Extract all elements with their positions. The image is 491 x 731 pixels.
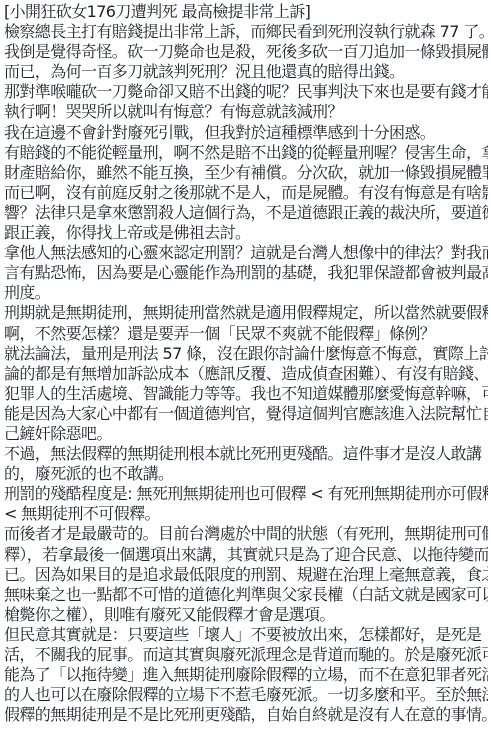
post-line: 那對準喉嚨砍一刀斃命卻又賠不出錢的呢？民事判決下來也是要有錢才能 (4, 82, 488, 102)
post-line: 檢察總長主打有賠錢提出非常上訴，而鄉民看到死刑沒執行就森 77 了。 (4, 22, 488, 42)
post-line: 活，不關我的屁事。而這其實與廢死派理念是背道而馳的。於是廢死派可 (4, 645, 488, 665)
post-line: < 無期徒刑不可假釋。 (4, 504, 488, 524)
post-line: 而後者才是最嚴苛的。目前台灣處於中間的狀態（有死刑，無期徒刑可假 (4, 524, 488, 544)
post-line: 刑度。 (4, 283, 488, 303)
post-line: 無味棄之也一點都不可惜的道德化判準與父家長權（白話文就是國家可以 (4, 585, 488, 605)
post-line: 論的都是有無增加訴訟成本（應訊反覆、造成偵查困難）、有沒有賠錢、 (4, 364, 488, 384)
post-line: 的，廢死派的也不敢講。 (4, 464, 488, 484)
post-line: 刑罰的殘酷程度是: 無死刑無期徒刑也可假釋 < 有死刑無期徒刑亦可假釋 (4, 484, 488, 504)
post-line: 我在這邊不會針對廢死引戰，但我對於這種標準感到十分困惑。 (4, 123, 488, 143)
post-line: 能是因為大家心中都有一個道德判官，覺得這個判官應該進入法院幫忙自 (4, 404, 488, 424)
post-line: 跟正義，你得找上帝或是佛祖去討。 (4, 223, 488, 243)
post-line: 犯罪人的生活處境、智識能力等等。我也不知道媒體那麼愛悔意幹嘛，可 (4, 384, 488, 404)
post-line: 假釋的無期徒刑是不是比死刑更殘酷，自始自終就是沒有人在意的事情。 (4, 705, 488, 725)
post-line: 執行啊！哭哭所以就叫有悔意？有悔意就該減刑？ (4, 102, 488, 122)
post-line: 而已，為何一百多刀就該判死刑？況且他還真的賠得出錢。 (4, 62, 488, 82)
post-line: 釋），若拿最後一個選項出來講，其實就只是為了迎合民意、以拖待變而 (4, 545, 488, 565)
post-line: 有賠錢的不能從輕量刑，啊不然是賠不出錢的從輕量刑喔？侵害生命，拿 (4, 143, 488, 163)
post-line: 己鏟奸除惡吧。 (4, 424, 488, 444)
post-title: [小開狂砍女176刀遭判死 最高檢提非常上訴] (4, 2, 488, 22)
post-line: 我倒是覺得奇怪。砍一刀斃命也是殺，死後多砍一百刀追加一條毀損屍體 (4, 42, 488, 62)
post-body: [小開狂砍女176刀遭判死 最高檢提非常上訴] 檢察總長主打有賠錢提出非常上訴，… (0, 0, 491, 725)
post-line: 而已啊，沒有前庭反射之後那就不是人，而是屍體。有沒有悔意是有啥影 (4, 183, 488, 203)
post-line: 拿他人無法感知的心靈來認定刑罰？這就是台灣人想像中的律法？對我而 (4, 243, 488, 263)
post-line: 的人也可以在廢除假釋的立場下不惹毛廢死派。一切多麼和平。至於無法 (4, 685, 488, 705)
post-line: 不過，無法假釋的無期徒刑根本就比死刑更殘酷。這件事才是沒人敢講 (4, 444, 488, 464)
post-line: 刑期就是無期徒刑，無期徒刑當然就是適用假釋規定，所以當然就要假釋 (4, 303, 488, 323)
post-line: 啊，不然要怎樣？還是要弄一個「民眾不爽就不能假釋」條例？ (4, 324, 488, 344)
post-line: 能為了「以拖待變」進入無期徒刑廢除假釋的立場，而不在意犯罪者死活 (4, 665, 488, 685)
post-line: 已。因為如果目的是追求最低限度的刑罰、規避在治理上毫無意義，食之 (4, 565, 488, 585)
post-line: 財產賠給你，雖然不能互換，至少有補償。分次砍，就加一條毀損屍體罪 (4, 163, 488, 183)
post-line: 就法論法，量刑是刑法 57 條，沒在跟你討論什麼悔意不悔意，實際上討 (4, 344, 488, 364)
post-line: 槍斃你之權），則唯有廢死又能假釋才會是選項。 (4, 605, 488, 625)
post-line: 響？法律只是拿來懲罰殺人這個行為，不是道德跟正義的裁決所，要道德 (4, 203, 488, 223)
post-line: 但民意其實就是：只要這些「壞人」不要被放出來，怎樣都好，是死是 (4, 625, 488, 645)
post-line: 言有點恐怖，因為要是心靈能作為刑罰的基礎，我犯罪保證都會被判最高 (4, 263, 488, 283)
